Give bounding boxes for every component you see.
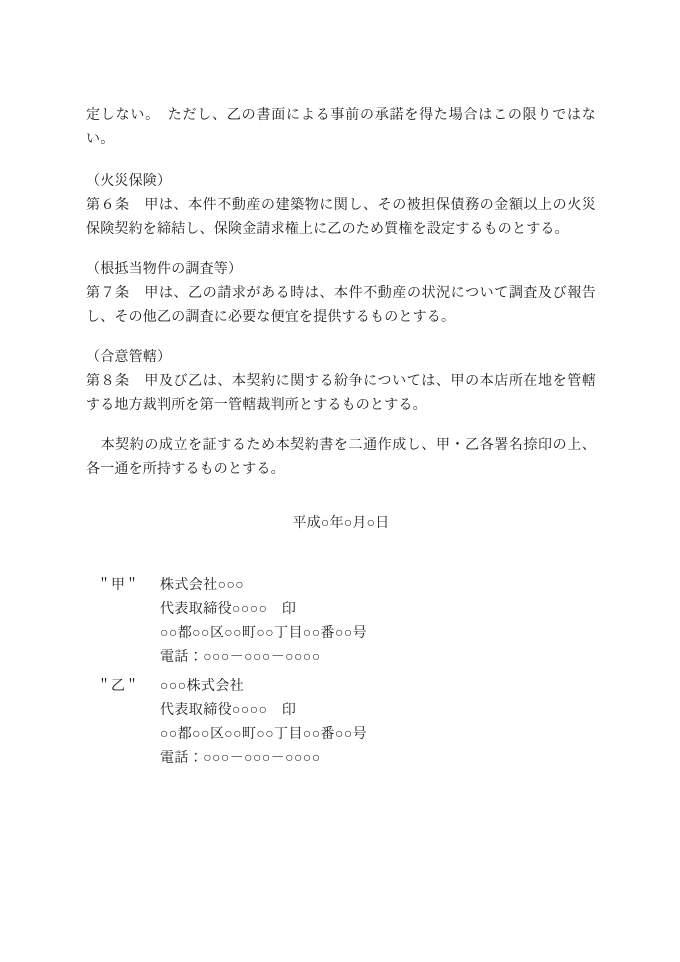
- signatory-details-kou: 株式会社○○○ 代表取締役○○○○ 印 ○○都○○区○○町○○丁目○○番○○号 …: [160, 574, 367, 670]
- signature-block-otsu: ＂乙＂ ○○○株式会社 代表取締役○○○○ 印 ○○都○○区○○町○○丁目○○番…: [86, 675, 596, 771]
- signatory-phone: 電話：○○○－○○○－○○○○: [160, 747, 367, 771]
- signatory-representative: 代表取締役○○○○ 印: [160, 598, 367, 622]
- article-section-7: （根抵当物件の調査等） 第７条 甲は、乙の請求がある時は、本件不動産の状況につい…: [86, 258, 596, 330]
- article-8-body: 第８条 甲及び乙は、本契約に関する紛争については、甲の本店所在地を管轄する地方裁…: [86, 370, 596, 418]
- document-page: 定しない。 ただし、乙の書面による事前の承諾を得た場合はこの限りではない。 （火…: [0, 0, 680, 962]
- signatory-label-otsu: ＂乙＂: [97, 675, 139, 699]
- article-6-heading: （火災保険）: [86, 170, 596, 194]
- article-section-6: （火災保険） 第６条 甲は、本件不動産の建築物に関し、その被担保債務の金額以上の…: [86, 170, 596, 242]
- closing-paragraph: 本契約の成立を証するため本契約書を二通作成し、甲・乙各署名捺印の上、各一通を所持…: [86, 434, 596, 482]
- signatory-company-name: ○○○株式会社: [160, 675, 367, 699]
- article-7-heading: （根抵当物件の調査等）: [86, 258, 596, 282]
- signatory-address: ○○都○○区○○町○○丁目○○番○○号: [160, 622, 367, 646]
- signature-block-kou: ＂甲＂ 株式会社○○○ 代表取締役○○○○ 印 ○○都○○区○○町○○丁目○○番…: [86, 574, 596, 670]
- signatory-phone: 電話：○○○－○○○－○○○○: [160, 646, 367, 670]
- article-section-8: （合意管轄） 第８条 甲及び乙は、本契約に関する紛争については、甲の本店所在地を…: [86, 346, 596, 418]
- article-7-body: 第７条 甲は、乙の請求がある時は、本件不動産の状況について調査及び報告し、その他…: [86, 282, 596, 330]
- signatory-label-kou: ＂甲＂: [97, 574, 139, 598]
- article-8-heading: （合意管轄）: [86, 346, 596, 370]
- signatory-details-otsu: ○○○株式会社 代表取締役○○○○ 印 ○○都○○区○○町○○丁目○○番○○号 …: [160, 675, 367, 771]
- signatory-representative: 代表取締役○○○○ 印: [160, 699, 367, 723]
- continuation-paragraph: 定しない。 ただし、乙の書面による事前の承諾を得た場合はこの限りではない。: [86, 104, 596, 152]
- document-content: 定しない。 ただし、乙の書面による事前の承諾を得た場合はこの限りではない。 （火…: [86, 104, 596, 771]
- signatory-address: ○○都○○区○○町○○丁目○○番○○号: [160, 723, 367, 747]
- signatory-company-name: 株式会社○○○: [160, 574, 367, 598]
- date-line: 平成○年○月○日: [86, 512, 596, 536]
- article-6-body: 第６条 甲は、本件不動産の建築物に関し、その被担保債務の金額以上の火災保険契約を…: [86, 194, 596, 242]
